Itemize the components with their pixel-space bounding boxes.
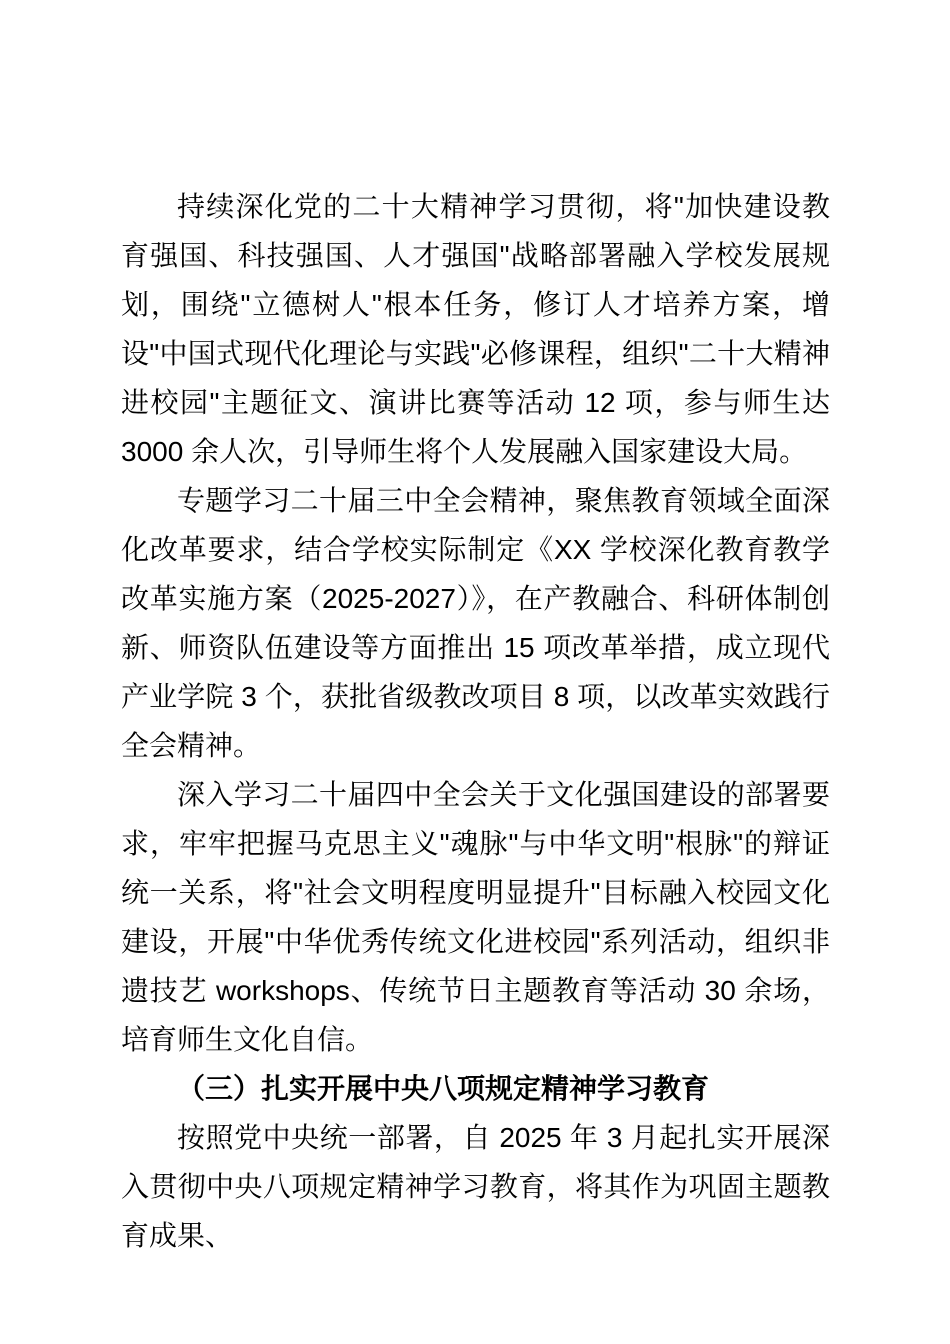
paragraph-central-deployment: 按照党中央统一部署，自 2025 年 3 月起扎实开展深入贯彻中央八项规定精神学…	[121, 1113, 830, 1260]
paragraph-fourth-plenary-culture: 深入学习二十届四中全会关于文化强国建设的部署要求，牢牢把握马克思主义"魂脉"与中…	[121, 770, 830, 1064]
paragraph-third-plenary-session: 专题学习二十届三中全会精神，聚焦教育领域全面深化改革要求，结合学校实际制定《XX…	[121, 476, 830, 770]
document-page-text-block: 持续深化党的二十大精神学习贯彻，将"加快建设教育强国、科技强国、人才强国"战略部…	[121, 182, 830, 1260]
section-heading-eight-point-regulations: （三）扎实开展中央八项规定精神学习教育	[121, 1064, 830, 1113]
paragraph-study-20th-congress: 持续深化党的二十大精神学习贯彻，将"加快建设教育强国、科技强国、人才强国"战略部…	[121, 182, 830, 476]
